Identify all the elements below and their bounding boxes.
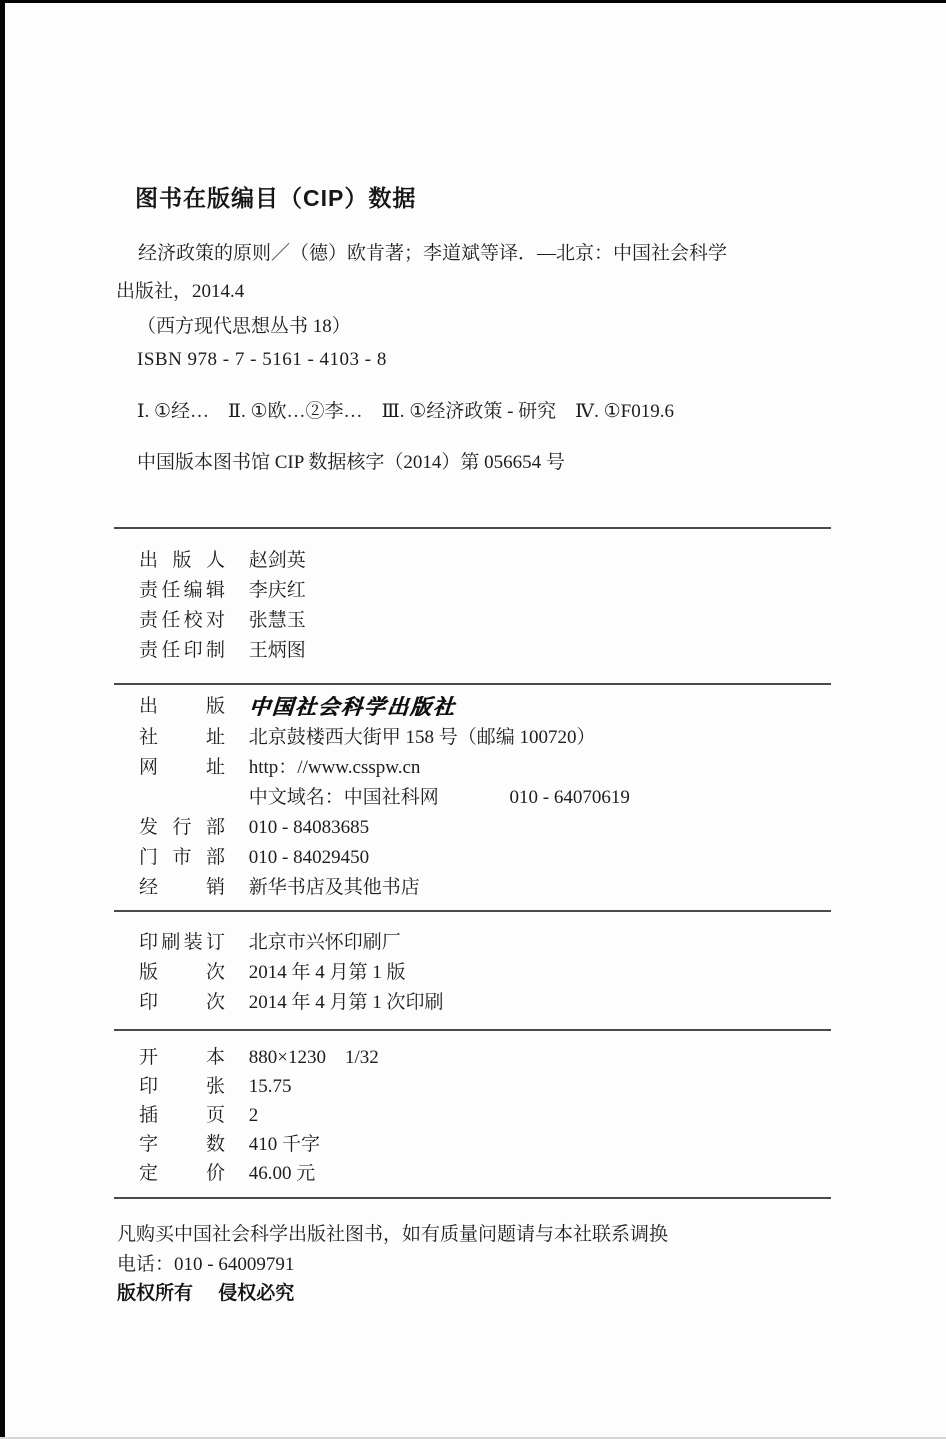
cip-description-line2: 出版社，2014.4 bbox=[116, 278, 244, 306]
table-row: 发行部 010 - 84083685 bbox=[139, 813, 369, 843]
row-label: 字数 bbox=[139, 1130, 225, 1160]
copyright-left: 版权所有 bbox=[117, 1283, 193, 1304]
table-row: 经销 新华书店及其他书店 bbox=[139, 873, 420, 903]
row-label: 出版人 bbox=[139, 546, 225, 576]
copyright-right: 侵权必究 bbox=[218, 1283, 294, 1304]
row-value: 赵剑英 bbox=[249, 546, 306, 576]
row-value: 李庆红 bbox=[249, 576, 306, 606]
row-label: 门市部 bbox=[139, 843, 225, 873]
divider bbox=[114, 683, 831, 685]
row-value: 张慧玉 bbox=[249, 606, 306, 636]
row-label: 印次 bbox=[139, 988, 225, 1018]
row-value: 880×1230 1/32 bbox=[249, 1043, 379, 1073]
row-value: 北京市兴怀印刷厂 bbox=[249, 928, 401, 958]
row-value: 410 千字 bbox=[249, 1130, 320, 1160]
row-value: 46.00 元 bbox=[249, 1159, 316, 1189]
divider bbox=[114, 910, 831, 912]
row-value: 北京鼓楼西大街甲 158 号（邮编 100720） bbox=[249, 723, 596, 753]
table-row: 责任校对 张慧玉 bbox=[139, 606, 306, 636]
row-label: 社址 bbox=[139, 723, 225, 753]
row-value: 010 - 84029450 bbox=[249, 843, 369, 873]
row-label: 责任印制 bbox=[139, 636, 225, 666]
cip-record-number: 中国版本图书馆 CIP 数据核字（2014）第 056654 号 bbox=[137, 449, 565, 477]
row-value: 新华书店及其他书店 bbox=[249, 873, 420, 903]
row-value: 2 bbox=[249, 1101, 259, 1131]
cip-description-line1: 经济政策的原则／（德）欧肯著；李道斌等译．—北京：中国社会科学 bbox=[138, 240, 727, 268]
table-row: 出版人 赵剑英 bbox=[139, 546, 306, 576]
table-row: 中文域名：中国社科网 010 - 64070619 bbox=[139, 783, 630, 813]
table-row: 社址 北京鼓楼西大街甲 158 号（邮编 100720） bbox=[139, 723, 596, 753]
row-value: 15.75 bbox=[249, 1072, 292, 1102]
scan-edge-left bbox=[0, 0, 5, 1439]
service-phone: 电话：010 - 64009791 bbox=[117, 1251, 294, 1279]
table-row: 印张 15.75 bbox=[139, 1072, 292, 1102]
table-row: 版次 2014 年 4 月第 1 版 bbox=[139, 958, 406, 988]
row-label: 出版 bbox=[139, 692, 225, 722]
copyright-statement: 版权所有 侵权必究 bbox=[117, 1280, 294, 1308]
row-label: 印张 bbox=[139, 1072, 225, 1102]
quality-notice: 凡购买中国社会科学出版社图书，如有质量问题请与本社联系调换 bbox=[117, 1221, 668, 1249]
row-label: 定价 bbox=[139, 1159, 225, 1189]
cip-classification: Ⅰ. ①经… Ⅱ. ①欧…②李… Ⅲ. ①经济政策 - 研究 Ⅳ. ①F019.… bbox=[137, 398, 674, 426]
website-url: http：//www.csspw.cn bbox=[249, 753, 421, 783]
row-label: 开本 bbox=[139, 1043, 225, 1073]
table-row: 门市部 010 - 84029450 bbox=[139, 843, 369, 873]
table-row: 责任编辑 李庆红 bbox=[139, 576, 306, 606]
table-row: 网址 http：//www.csspw.cn bbox=[139, 753, 420, 783]
table-row: 出版 中国社会科学出版社 bbox=[139, 692, 456, 722]
row-label: 经销 bbox=[139, 873, 225, 903]
row-label: 网址 bbox=[139, 753, 225, 783]
table-row: 定价 46.00 元 bbox=[139, 1159, 315, 1189]
row-value: 010 - 84083685 bbox=[249, 813, 369, 843]
table-row: 开本 880×1230 1/32 bbox=[139, 1043, 379, 1073]
domain-phone: 010 - 64070619 bbox=[510, 783, 630, 813]
table-row: 插页 2 bbox=[139, 1101, 258, 1131]
scan-edge-top bbox=[0, 0, 946, 3]
row-label: 责任校对 bbox=[139, 606, 225, 636]
publisher-logo: 中国社会科学出版社 bbox=[248, 692, 457, 722]
series-title: （西方现代思想丛书 18） bbox=[137, 313, 351, 341]
row-value: 2014 年 4 月第 1 次印刷 bbox=[249, 988, 444, 1018]
row-label: 责任编辑 bbox=[139, 576, 225, 606]
book-copyright-page: 图书在版编目（CIP）数据 经济政策的原则／（德）欧肯著；李道斌等译．—北京：中… bbox=[0, 0, 946, 1439]
divider bbox=[114, 527, 831, 529]
row-value: 中文域名：中国社科网 bbox=[249, 783, 439, 813]
row-label: 发行部 bbox=[139, 813, 225, 843]
table-row: 责任印制 王炳图 bbox=[139, 636, 306, 666]
row-value: 2014 年 4 月第 1 版 bbox=[249, 958, 406, 988]
table-row: 印次 2014 年 4 月第 1 次印刷 bbox=[139, 988, 444, 1018]
row-value: 王炳图 bbox=[249, 636, 306, 666]
table-row: 字数 410 千字 bbox=[139, 1130, 320, 1160]
divider bbox=[114, 1197, 831, 1199]
isbn: ISBN 978 - 7 - 5161 - 4103 - 8 bbox=[137, 346, 387, 374]
row-label: 版次 bbox=[139, 958, 225, 988]
row-label: 印刷装订 bbox=[139, 928, 225, 958]
cip-heading: 图书在版编目（CIP）数据 bbox=[135, 183, 416, 213]
divider bbox=[114, 1029, 831, 1031]
row-label: 插页 bbox=[139, 1101, 225, 1131]
table-row: 印刷装订 北京市兴怀印刷厂 bbox=[139, 928, 401, 958]
